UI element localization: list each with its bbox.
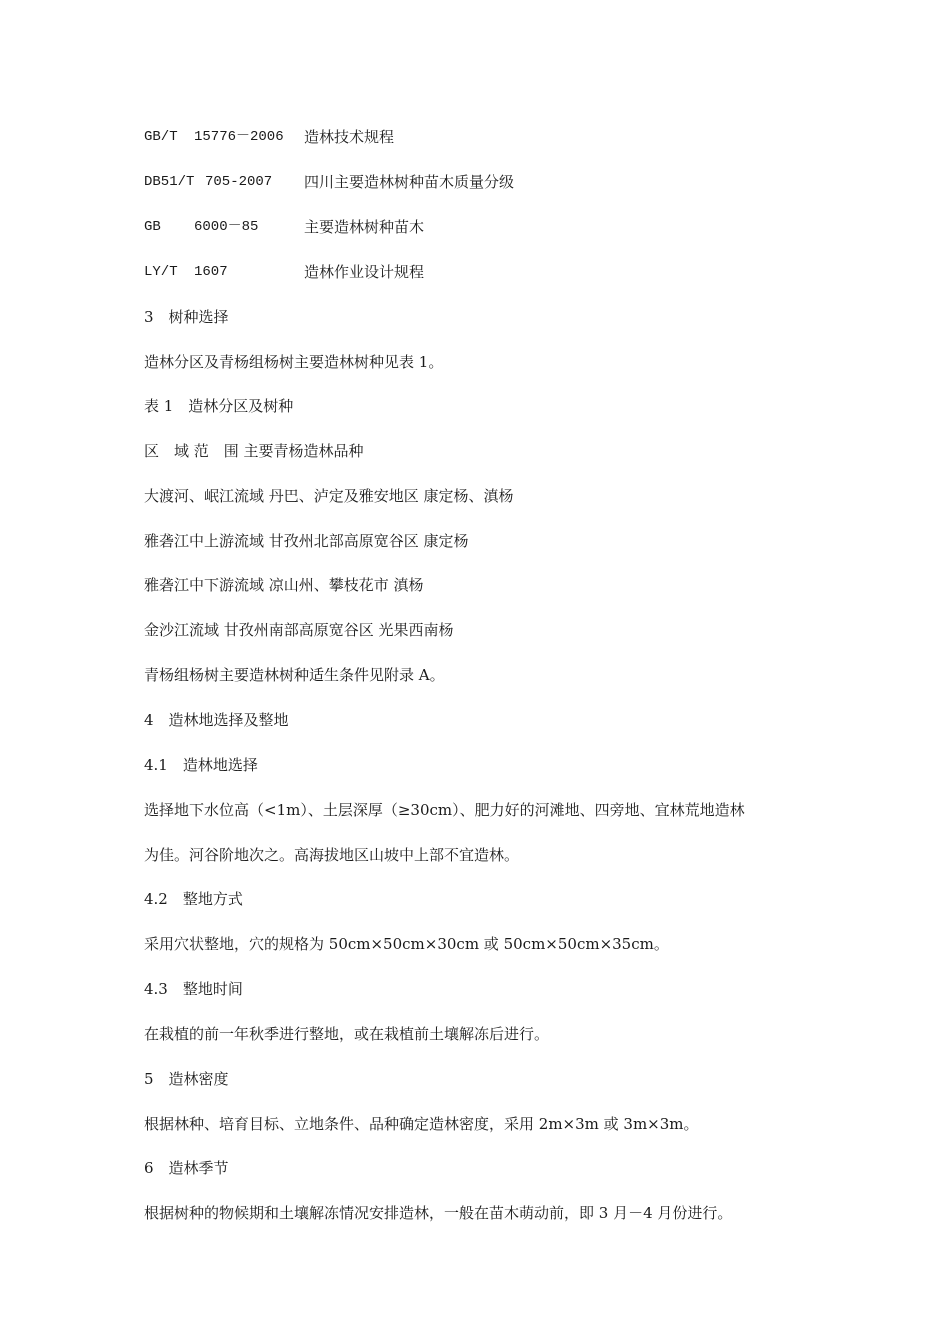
- section-4-3-text: 在栽植的前一年秋季进行整地，或在栽植前土壤解冻后进行。: [144, 1024, 549, 1044]
- section-3-intro: 造林分区及青杨组杨树主要造林树种见表 1。: [144, 352, 443, 372]
- reference-row: GB 6000－85 主要造林树种苗木: [144, 217, 844, 237]
- section-6-text: 根据树种的物候期和土壤解冻情况安排造林，一般在苗木萌动前，即 3 月－4 月份进…: [144, 1203, 732, 1223]
- reference-number: 1607: [194, 262, 228, 282]
- reference-code: GB: [144, 217, 161, 237]
- table-1-row: 金沙江流域 甘孜州南部高原宽谷区 光果西南杨: [144, 620, 454, 640]
- section-4-1-heading: 4.1 造林地选择: [144, 755, 258, 775]
- reference-number: 15776－2006: [194, 127, 284, 147]
- table-1-caption: 表 1 造林分区及树种: [144, 396, 293, 416]
- reference-number: 705-2007: [205, 172, 272, 192]
- reference-code: GB/T: [144, 127, 178, 147]
- reference-number: 6000－85: [194, 217, 258, 237]
- reference-code: DB51/T: [144, 172, 194, 192]
- section-5-heading: 5 造林密度: [144, 1069, 229, 1089]
- reference-title: 造林作业设计规程: [304, 262, 424, 282]
- section-4-2-text: 采用穴状整地，穴的规格为 50cm×50cm×30cm 或 50cm×50cm×…: [144, 934, 669, 954]
- appendix-note: 青杨组杨树主要造林树种适生条件见附录 A。: [144, 665, 445, 685]
- reference-row: LY/T 1607 造林作业设计规程: [144, 262, 844, 282]
- reference-title: 造林技术规程: [304, 127, 394, 147]
- reference-row: GB/T 15776－2006 造林技术规程: [144, 127, 844, 147]
- section-3-heading: 3 树种选择: [144, 307, 229, 327]
- reference-code: LY/T: [144, 262, 178, 282]
- table-1-row: 雅砻江中下游流域 凉山州、攀枝花市 滇杨: [144, 575, 424, 595]
- table-1-row: 大渡河、岷江流域 丹巴、泸定及雅安地区 康定杨、滇杨: [144, 486, 514, 506]
- section-5-text: 根据林种、培育目标、立地条件、品种确定造林密度，采用 2m×3m 或 3m×3m…: [144, 1114, 699, 1134]
- reference-title: 主要造林树种苗木: [304, 217, 424, 237]
- table-1-row: 雅砻江中上游流域 甘孜州北部高原宽谷区 康定杨: [144, 531, 469, 551]
- reference-row: DB51/T 705-2007 四川主要造林树种苗木质量分级: [144, 172, 844, 192]
- table-1-header: 区 域 范 围 主要青杨造林品种: [144, 441, 364, 461]
- document-page: GB/T 15776－2006 造林技术规程 DB51/T 705-2007 四…: [0, 0, 950, 1344]
- section-4-1-text: 选择地下水位高（<1m）、土层深厚（≥30cm）、肥力好的河滩地、四旁地、宜林荒…: [144, 800, 745, 820]
- section-6-heading: 6 造林季节: [144, 1158, 229, 1178]
- section-4-1-text-cont: 为佳。河谷阶地次之。高海拔地区山坡中上部不宜造林。: [144, 845, 519, 865]
- reference-title: 四川主要造林树种苗木质量分级: [304, 172, 514, 192]
- section-4-heading: 4 造林地选择及整地: [144, 710, 289, 730]
- section-4-2-heading: 4.2 整地方式: [144, 889, 243, 909]
- section-4-3-heading: 4.3 整地时间: [144, 979, 243, 999]
